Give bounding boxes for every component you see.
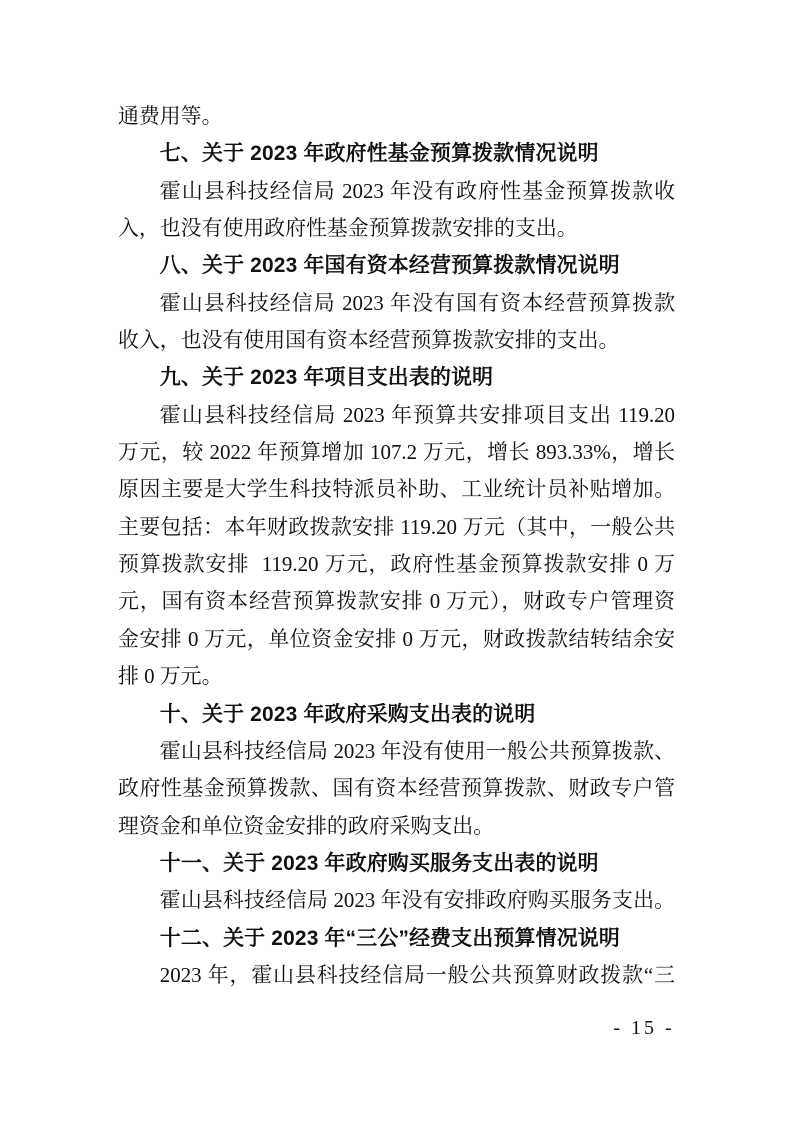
paragraph-line: 霍山县科技经信局 2023 年没有使用一般公共预算拨款、 — [118, 733, 675, 770]
paragraph-line: 元，国有资本经营预算拨款安排 0 万元），财政专户管理资 — [118, 583, 675, 620]
paragraph-line: 排 0 万元。 — [118, 658, 675, 695]
document-page: 通费用等。 七、关于 2023 年政府性基金预算拨款情况说明 霍山县科技经信局 … — [0, 0, 793, 1122]
paragraph-line: 金安排 0 万元，单位资金安排 0 万元，财政拨款结转结余安 — [118, 621, 675, 658]
paragraph-line: 政府性基金预算拨款、国有资本经营预算拨款、财政专户管 — [118, 770, 675, 807]
paragraph-line: 2023 年，霍山县科技经信局一般公共预算财政拨款“三 — [118, 957, 675, 994]
paragraph-line: 霍山县科技经信局 2023 年没有安排政府购买服务支出。 — [118, 882, 675, 919]
paragraph-line: 原因主要是大学生科技特派员补助、工业统计员补贴增加。 — [118, 471, 675, 508]
section-heading-10: 十、关于 2023 年政府采购支出表的说明 — [118, 696, 675, 733]
paragraph-line: 霍山县科技经信局 2023 年预算共安排项目支出 119.20 — [118, 397, 675, 434]
section-heading-7: 七、关于 2023 年政府性基金预算拨款情况说明 — [118, 135, 675, 172]
section-heading-11: 十一、关于 2023 年政府购买服务支出表的说明 — [118, 845, 675, 882]
document-body: 通费用等。 七、关于 2023 年政府性基金预算拨款情况说明 霍山县科技经信局 … — [118, 98, 675, 994]
paragraph-line: 预算拨款安排 119.20 万元，政府性基金预算拨款安排 0 万 — [118, 546, 675, 583]
paragraph-line: 霍山县科技经信局 2023 年没有国有资本经营预算拨款 — [118, 285, 675, 322]
paragraph-line: 收入，也没有使用国有资本经营预算拨款安排的支出。 — [118, 322, 675, 359]
paragraph-line: 霍山县科技经信局 2023 年没有政府性基金预算拨款收 — [118, 173, 675, 210]
paragraph-line: 主要包括：本年财政拨款安排 119.20 万元（其中，一般公共 — [118, 509, 675, 546]
section-heading-8: 八、关于 2023 年国有资本经营预算拨款情况说明 — [118, 247, 675, 284]
paragraph-line: 万元，较 2022 年预算增加 107.2 万元，增长 893.33%，增长 — [118, 434, 675, 471]
paragraph-line: 入，也没有使用政府性基金预算拨款安排的支出。 — [118, 210, 675, 247]
section-heading-12: 十二、关于 2023 年“三公”经费支出预算情况说明 — [118, 920, 675, 957]
section-heading-9: 九、关于 2023 年项目支出表的说明 — [118, 359, 675, 396]
page-number: - 15 - — [598, 1017, 690, 1040]
paragraph-line: 通费用等。 — [118, 98, 675, 135]
paragraph-line: 理资金和单位资金安排的政府采购支出。 — [118, 808, 675, 845]
